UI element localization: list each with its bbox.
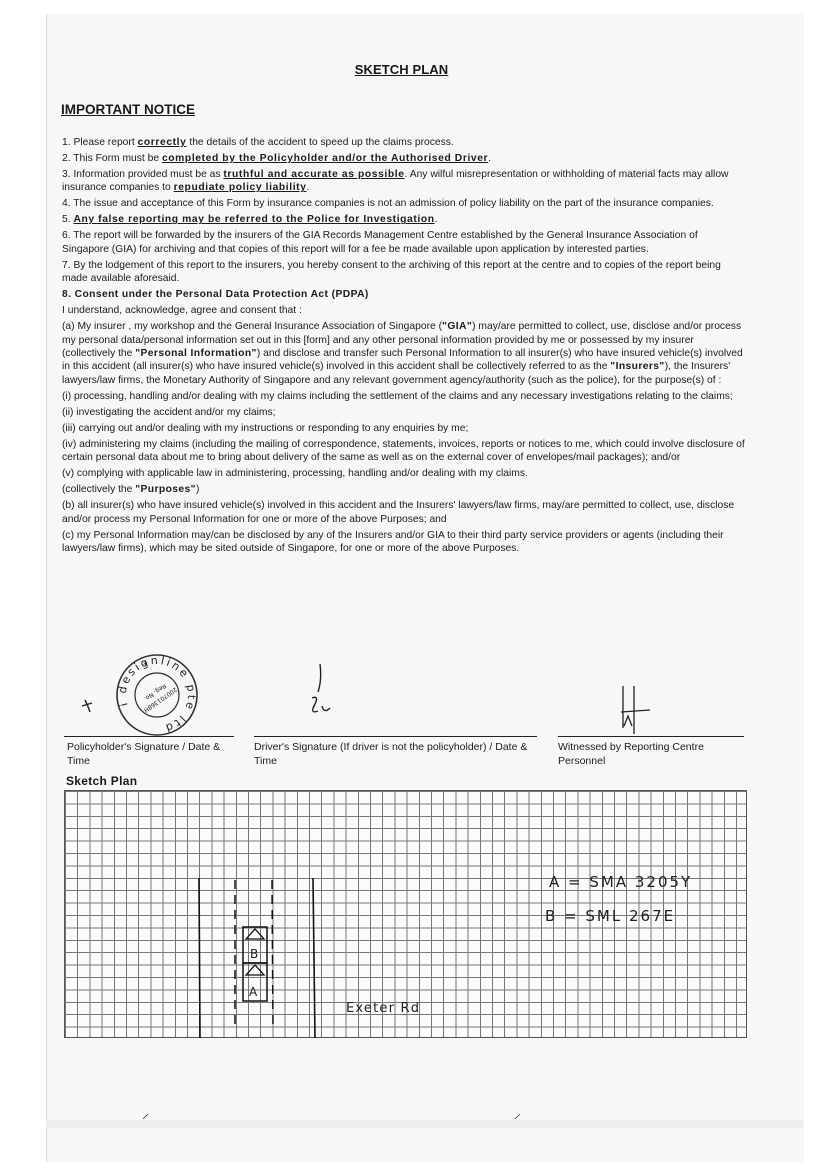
purpose-iv: (iv) administering my claims (including … bbox=[62, 438, 747, 465]
page-shadow bbox=[46, 1120, 803, 1128]
notice-item-3: 3. Information provided must be as truth… bbox=[62, 168, 747, 195]
policyholder-signature-line bbox=[64, 736, 234, 737]
pdpa-clause-c: (c) my Personal Information may/can be d… bbox=[62, 529, 747, 556]
notice-body: 1. Please report correctly the details o… bbox=[62, 136, 747, 558]
notice-item-4: 4. The issue and acceptance of this Form… bbox=[62, 197, 747, 210]
accident-sketch: B A A = SMA 3205Y B = SML 267E Exeter Rd bbox=[64, 790, 747, 1038]
notice-item-6: 6. The report will be forwarded by the i… bbox=[62, 229, 747, 256]
vehicle-a: A bbox=[243, 963, 267, 1001]
lane-divider-right bbox=[272, 880, 273, 1030]
pdpa-clause-a: (a) My insurer , my workshop and the Gen… bbox=[62, 320, 747, 387]
witness-signature-line bbox=[558, 736, 744, 737]
pdpa-intro: I understand, acknowledge, agree and con… bbox=[62, 304, 747, 317]
policyholder-signature-label: Policyholder's Signature / Date & Time bbox=[67, 740, 237, 768]
purpose-i: (i) processing, handling and/or dealing … bbox=[62, 390, 747, 403]
pdpa-clause-b: (b) all insurer(s) who have insured vehi… bbox=[62, 499, 747, 526]
notice-item-2: 2. This Form must be completed by the Po… bbox=[62, 152, 747, 165]
purpose-iii: (iii) carrying out and/or dealing with m… bbox=[62, 422, 747, 435]
road-edge-left bbox=[199, 878, 200, 1038]
svg-text:A: A bbox=[249, 985, 258, 999]
svg-text:*: * bbox=[143, 661, 148, 671]
policyholder-signature-mark bbox=[82, 700, 92, 712]
notice-item-5: 5. Any false reporting may be referred t… bbox=[62, 213, 747, 226]
driver-signature-label: Driver's Signature (If driver is not the… bbox=[254, 740, 539, 768]
scan-speck: ⸝ bbox=[514, 1104, 521, 1123]
witness-signature-mark bbox=[621, 686, 650, 734]
important-notice-heading: IMPORTANT NOTICE bbox=[61, 102, 195, 117]
sketch-plan-label: Sketch Plan bbox=[66, 774, 137, 788]
document-title: SKETCH PLAN bbox=[0, 62, 803, 77]
purpose-ii: (ii) investigating the accident and/or m… bbox=[62, 406, 747, 419]
vehicle-b-plate: B = SML 267E bbox=[545, 907, 675, 925]
notice-item-1: 1. Please report correctly the details o… bbox=[62, 136, 747, 149]
witness-signature-label: Witnessed by Reporting Centre Personnel bbox=[558, 740, 728, 768]
signature-marks: i designline pte ltd 200701368H Reg. No.… bbox=[0, 640, 827, 740]
vehicle-a-plate: A = SMA 3205Y bbox=[549, 873, 692, 891]
svg-text:B: B bbox=[250, 947, 258, 961]
driver-signature-line bbox=[254, 736, 537, 737]
pdpa-heading: 8. Consent under the Personal Data Prote… bbox=[62, 288, 747, 301]
vehicle-b: B bbox=[243, 927, 267, 963]
company-stamp: i designline pte ltd 200701368H Reg. No.… bbox=[102, 640, 214, 740]
scan-speck: ⸝ bbox=[142, 1104, 149, 1123]
purpose-v: (v) complying with applicable law in adm… bbox=[62, 467, 747, 480]
purposes-definition: (collectively the "Purposes") bbox=[62, 483, 747, 496]
notice-item-7: 7. By the lodgement of this report to th… bbox=[62, 259, 747, 286]
driver-signature-mark bbox=[312, 664, 330, 712]
road-edge-right bbox=[313, 878, 315, 1038]
road-name: Exeter Rd bbox=[346, 1001, 420, 1016]
